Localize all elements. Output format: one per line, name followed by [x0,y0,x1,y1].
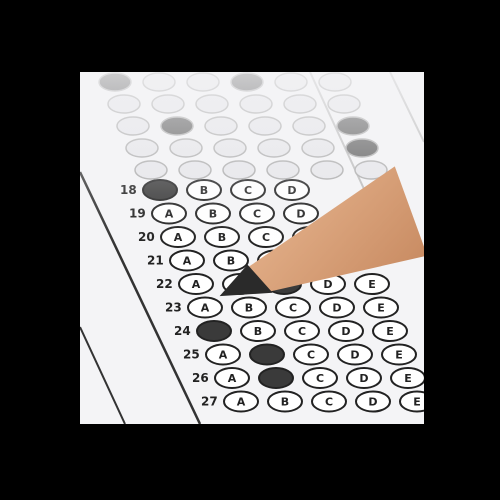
answer-sheet-photo: 18BCD19ABCD20ABCD21ABCD22ABDE23ABCDE24BC… [80,72,424,424]
answer-sheet-illustration: 18BCD19ABCD20ABCD21ABCD22ABDE23ABCDE24BC… [80,72,424,424]
